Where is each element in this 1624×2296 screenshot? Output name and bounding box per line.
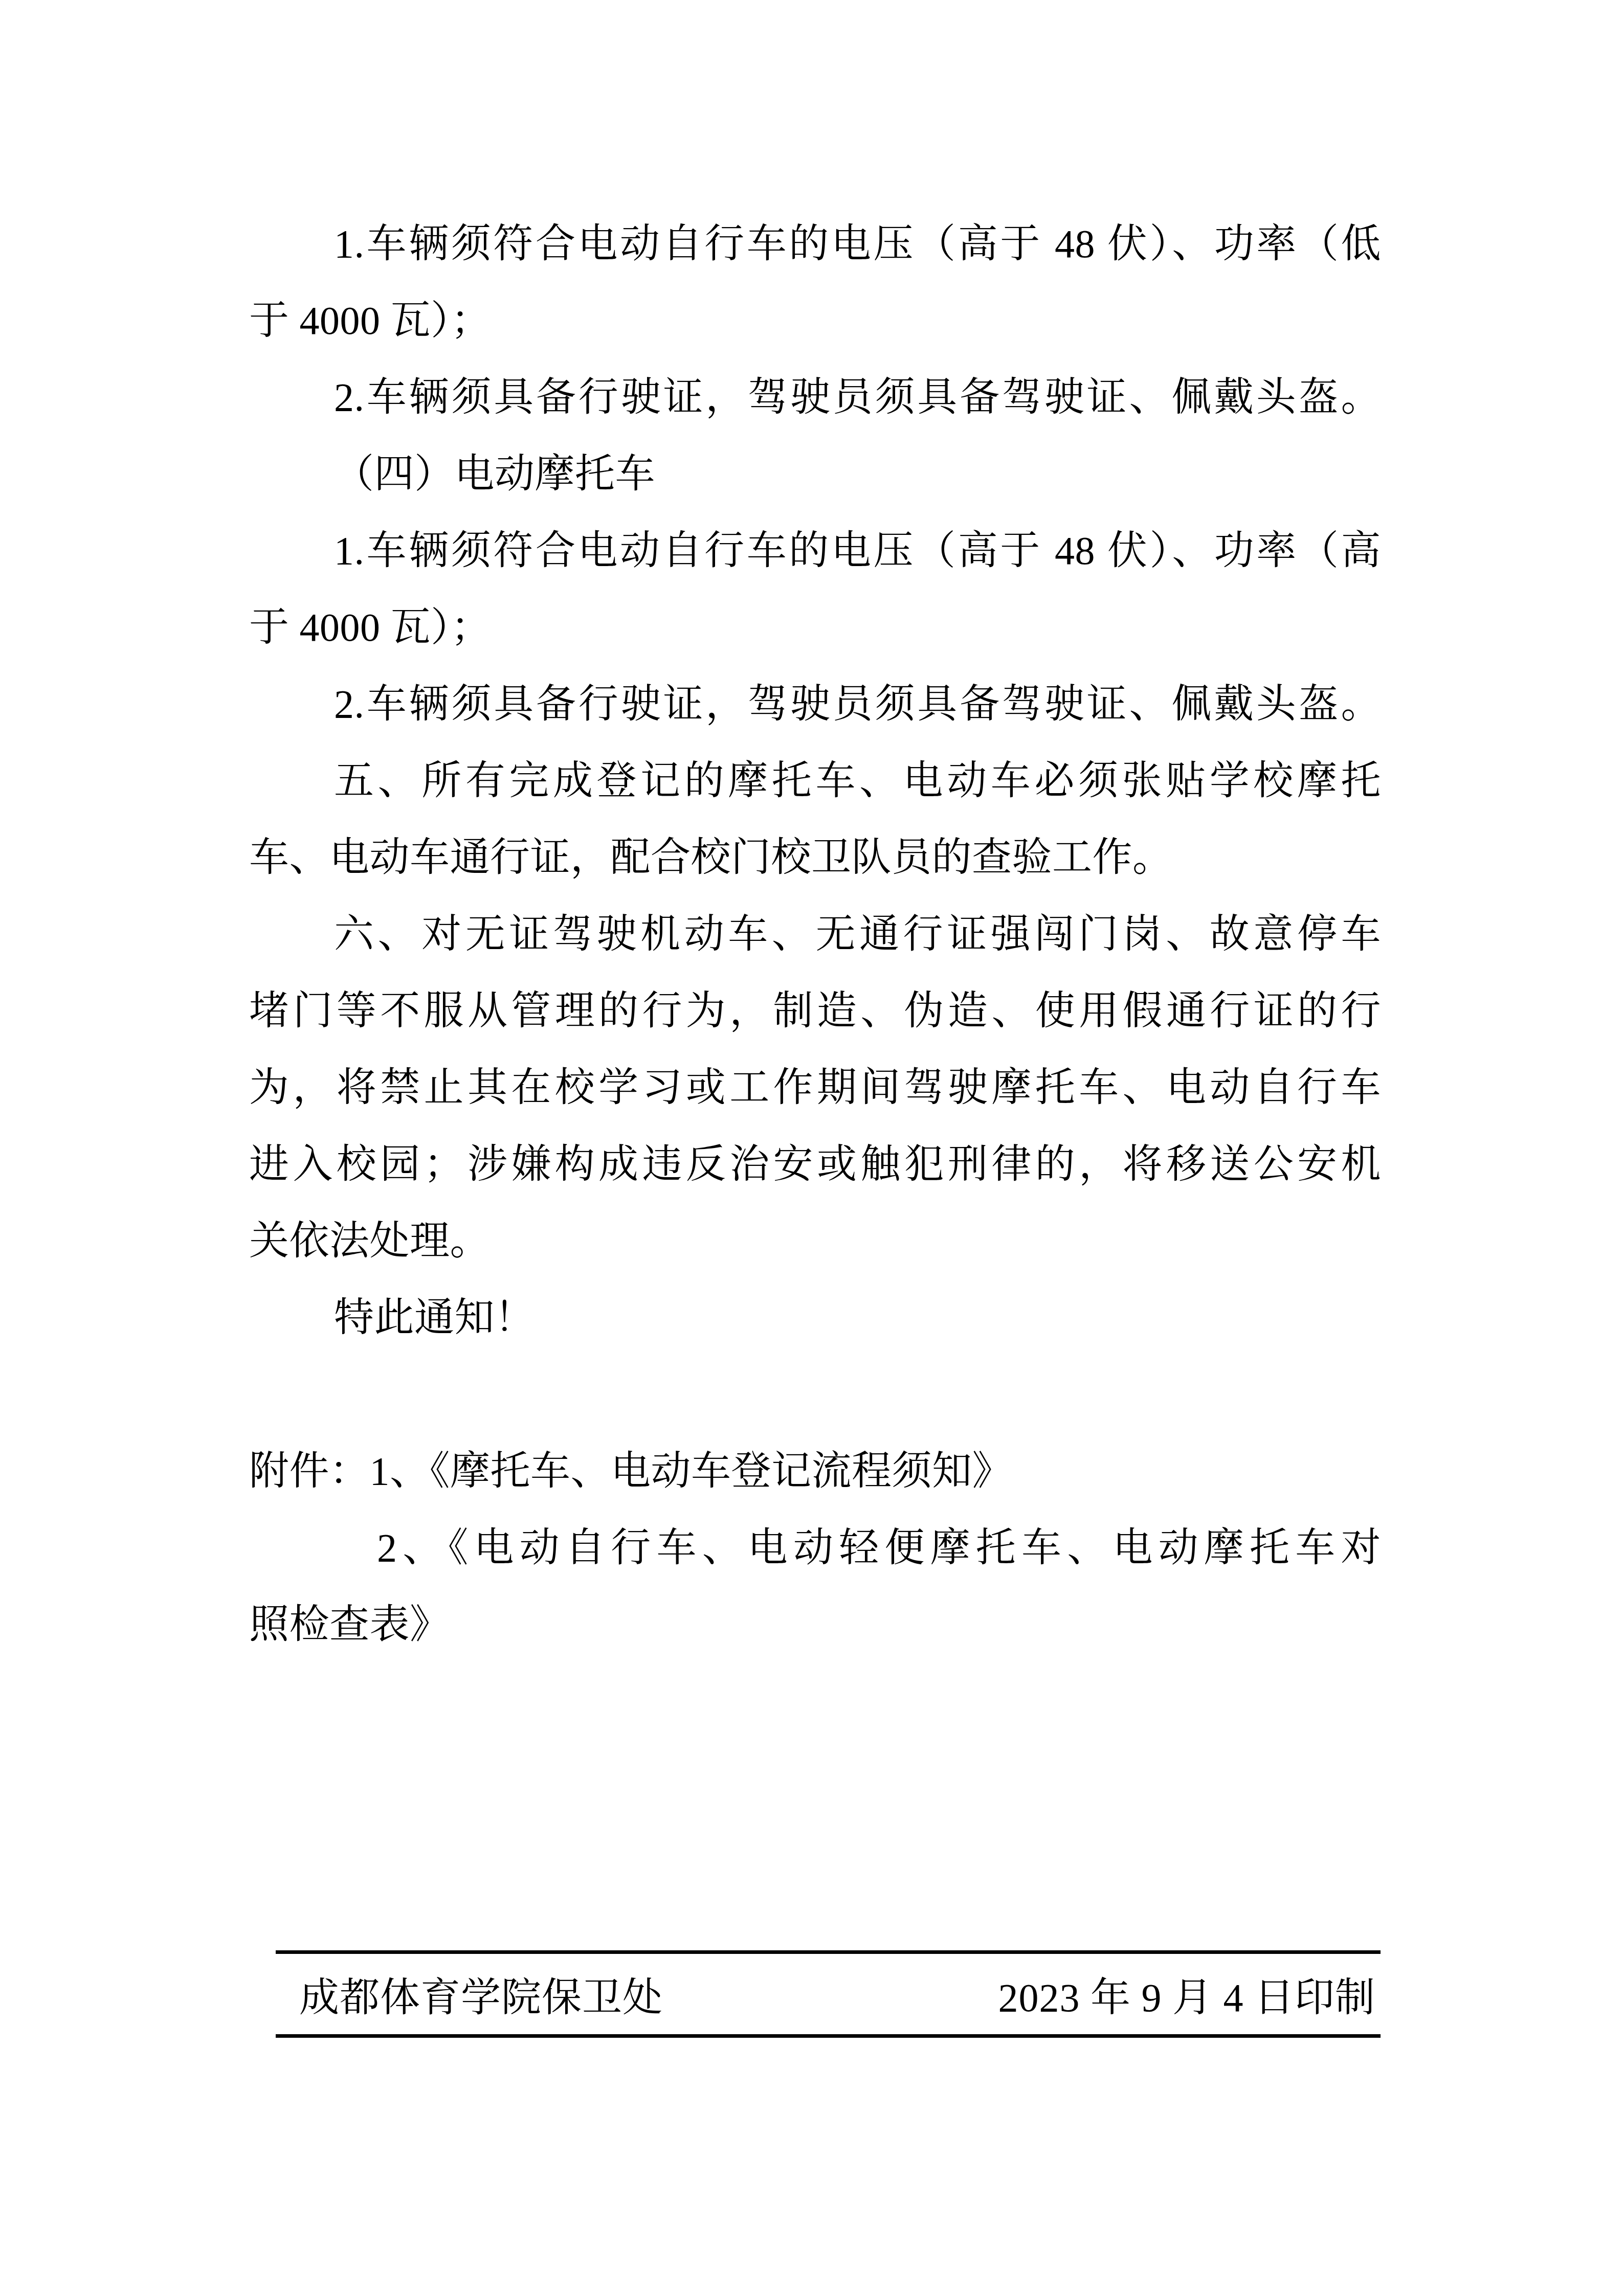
body-line: 车、电动车通行证，配合校门校卫队员的查验工作。 bbox=[249, 819, 1381, 896]
blank-line bbox=[249, 1356, 1381, 1433]
body-line: 堵门等不服从管理的行为，制造、伪造、使用假通行证的行 bbox=[249, 973, 1381, 1049]
body-line: 为，将禁止其在校学习或工作期间驾驶摩托车、电动自行车 bbox=[249, 1049, 1381, 1126]
body-line: 于 4000 瓦）； bbox=[249, 282, 1381, 359]
body-line: 关依法处理。 bbox=[249, 1203, 1381, 1279]
attachments-line: 2、《电动自行车、电动轻便摩托车、电动摩托车对 bbox=[249, 1510, 1381, 1586]
body-line: 进入校园；涉嫌构成违反治安或触犯刑律的，将移送公安机 bbox=[249, 1126, 1381, 1203]
footer-issuer: 成都体育学院保卫处 bbox=[299, 1966, 663, 2023]
attachments-line: 照检查表》 bbox=[249, 1586, 1381, 1663]
footer-print-date: 2023 年 9 月 4 日印制 bbox=[998, 1966, 1375, 2023]
body-line: 于 4000 瓦）； bbox=[249, 589, 1381, 666]
body-line: 六、对无证驾驶机动车、无通行证强闯门岗、故意停车 bbox=[249, 896, 1381, 973]
hereby-notice-line: 特此通知！ bbox=[249, 1279, 1381, 1356]
attachments-line: 附件：1、《摩托车、电动车登记流程须知》 bbox=[249, 1433, 1381, 1510]
body-line: 五、所有完成登记的摩托车、电动车必须张贴学校摩托 bbox=[249, 742, 1381, 819]
body-line: 1.车辆须符合电动自行车的电压（高于 48 伏）、功率（高 bbox=[249, 512, 1381, 589]
body-line: （四）电动摩托车 bbox=[249, 436, 1381, 512]
body-line: 2.车辆须具备行驶证，驾驶员须具备驾驶证、佩戴头盔。 bbox=[249, 359, 1381, 436]
document-page: 1.车辆须符合电动自行车的电压（高于 48 伏）、功率（低 于 4000 瓦）；… bbox=[0, 0, 1624, 2296]
footer-colophon: 成都体育学院保卫处 2023 年 9 月 4 日印制 bbox=[276, 1950, 1381, 2038]
notice-body: 1.车辆须符合电动自行车的电压（高于 48 伏）、功率（低 于 4000 瓦）；… bbox=[249, 206, 1381, 1663]
body-line: 2.车辆须具备行驶证，驾驶员须具备驾驶证、佩戴头盔。 bbox=[249, 666, 1381, 742]
body-line: 1.车辆须符合电动自行车的电压（高于 48 伏）、功率（低 bbox=[249, 206, 1381, 282]
